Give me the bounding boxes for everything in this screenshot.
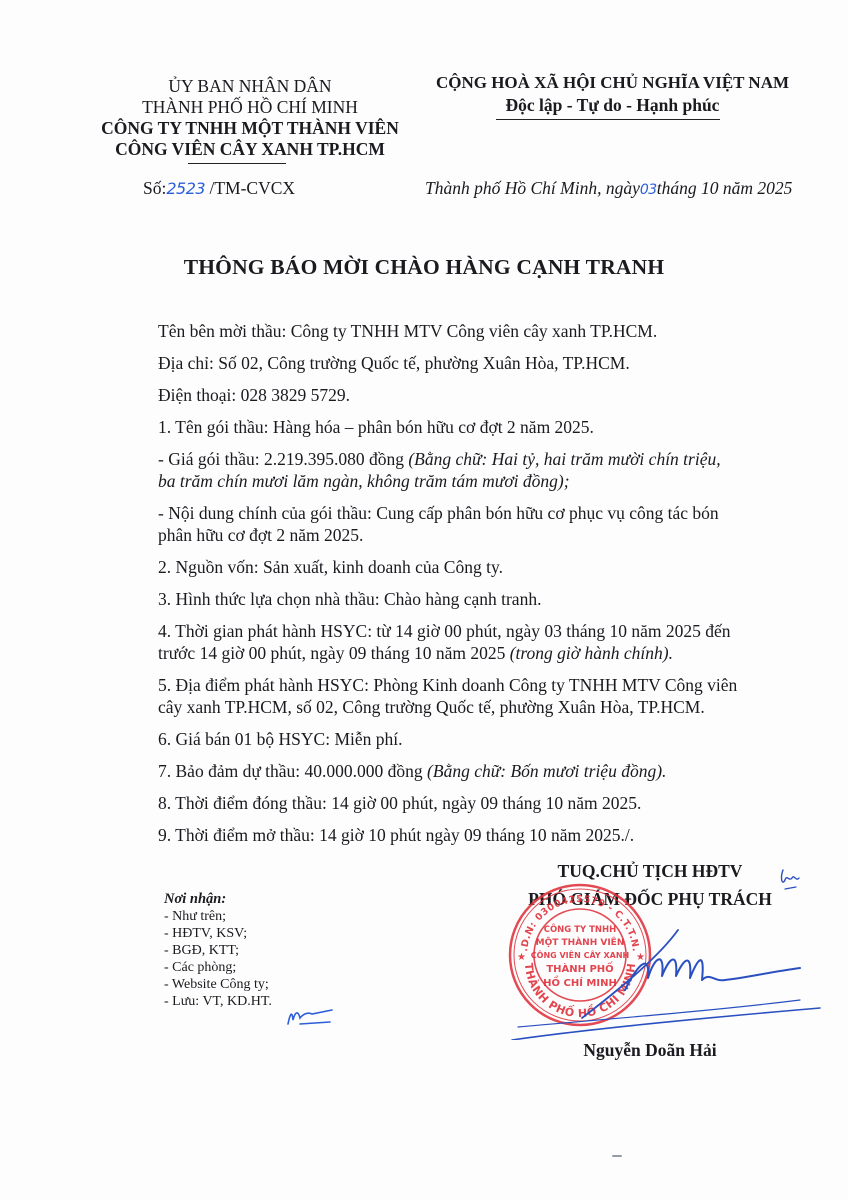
issuer-underline	[188, 163, 286, 164]
package-price-line-1: - Giá gói thầu: 2.219.395.080 đồng (Bằng…	[158, 448, 808, 470]
item-2-funding: 2. Nguồn vốn: Sản xuất, kinh doanh của C…	[158, 556, 808, 578]
item-5-issue-place-line-1: 5. Địa điểm phát hành HSYC: Phòng Kinh d…	[158, 674, 808, 696]
recipients-heading: Nơi nhận:	[164, 891, 272, 908]
document-number: Số:2523 /TM-CVCX	[143, 178, 295, 199]
issuer-line-2: THÀNH PHỐ HỒ CHÍ MINH	[80, 97, 420, 118]
recipients-list: Nơi nhận: - Như trên; - HĐTV, KSV; - BGĐ…	[164, 891, 272, 1010]
recipient-item: - Như trên;	[164, 908, 272, 925]
director-signature-icon	[500, 860, 830, 1040]
package-content-line-2: phân hữu cơ đợt 2 năm 2025.	[158, 524, 808, 546]
document-date: Thành phố Hồ Chí Minh, ngày03tháng 10 nă…	[425, 178, 792, 199]
motto-underline	[496, 119, 720, 120]
document-number-suffix: /TM-CVCX	[205, 178, 295, 198]
national-motto: Độc lập - Tự do - Hạnh phúc	[405, 94, 820, 116]
package-content-line-1: - Nội dung chính của gói thầu: Cung cấp …	[158, 502, 808, 524]
national-header: CỘNG HOÀ XÃ HỘI CHỦ NGHĨA VIỆT NAM Độc l…	[405, 72, 820, 116]
initials-signature-icon	[140, 1000, 340, 1030]
issuer-line-3: CÔNG TY TNHH MỘT THÀNH VIÊN	[80, 118, 420, 139]
recipient-item: - Website Công ty;	[164, 976, 272, 993]
item-3-selection-method: 3. Hình thức lựa chọn nhà thầu: Chào hàn…	[158, 588, 808, 610]
issuer-line-1: ỦY BAN NHÂN DÂN	[80, 76, 420, 97]
item-5-issue-place-line-2: cây xanh TP.HCM, số 02, Công trường Quốc…	[158, 696, 808, 718]
package-price-line-2: ba trăm chín mươi lăm ngàn, không trăm t…	[158, 470, 808, 492]
item-1-package-name: 1. Tên gói thầu: Hàng hóa – phân bón hữu…	[158, 416, 808, 438]
item-4-issue-time-line-2: trước 14 giờ 00 phút, ngày 09 tháng 10 n…	[158, 642, 808, 664]
issuer-header: ỦY BAN NHÂN DÂN THÀNH PHỐ HỒ CHÍ MINH CÔ…	[80, 76, 420, 160]
phone-line: Điện thoại: 028 3829 5729.	[158, 384, 808, 406]
date-day-handwritten: 03	[640, 182, 657, 198]
item-8-closing-time: 8. Thời điểm đóng thầu: 14 giờ 00 phút, …	[158, 792, 808, 814]
item-6-price: 6. Giá bán 01 bộ HSYC: Miễn phí.	[158, 728, 808, 750]
issuer-line-4: CÔNG VIÊN CÂY XANH TP.HCM	[80, 139, 420, 160]
recipient-item: - HĐTV, KSV;	[164, 925, 272, 942]
inviter-line: Tên bên mời thầu: Công ty TNHH MTV Công …	[158, 320, 808, 342]
scan-artifact	[612, 1155, 622, 1157]
recipient-item: - BGĐ, KTT;	[164, 942, 272, 959]
recipient-item: - Các phòng;	[164, 959, 272, 976]
document-number-handwritten: 2523	[166, 179, 205, 198]
national-title: CỘNG HOÀ XÃ HỘI CHỦ NGHĨA VIỆT NAM	[405, 72, 820, 94]
document-body: Tên bên mời thầu: Công ty TNHH MTV Công …	[158, 320, 808, 846]
item-7-bid-security: 7. Bảo đảm dự thầu: 40.000.000 đồng (Bằn…	[158, 760, 808, 782]
document-number-prefix: Số:	[143, 178, 166, 198]
item-9-opening-time: 9. Thời điểm mở thầu: 14 giờ 10 phút ngà…	[158, 824, 808, 846]
address-line: Địa chỉ: Số 02, Công trường Quốc tế, phư…	[158, 352, 808, 374]
date-prefix: Thành phố Hồ Chí Minh, ngày	[425, 178, 640, 198]
signer-name: Nguyễn Doãn Hải	[480, 1040, 820, 1061]
date-suffix: tháng 10 năm 2025	[657, 178, 793, 198]
item-4-issue-time-line-1: 4. Thời gian phát hành HSYC: từ 14 giờ 0…	[158, 620, 808, 642]
document-title: THÔNG BÁO MỜI CHÀO HÀNG CẠNH TRANH	[0, 255, 848, 280]
